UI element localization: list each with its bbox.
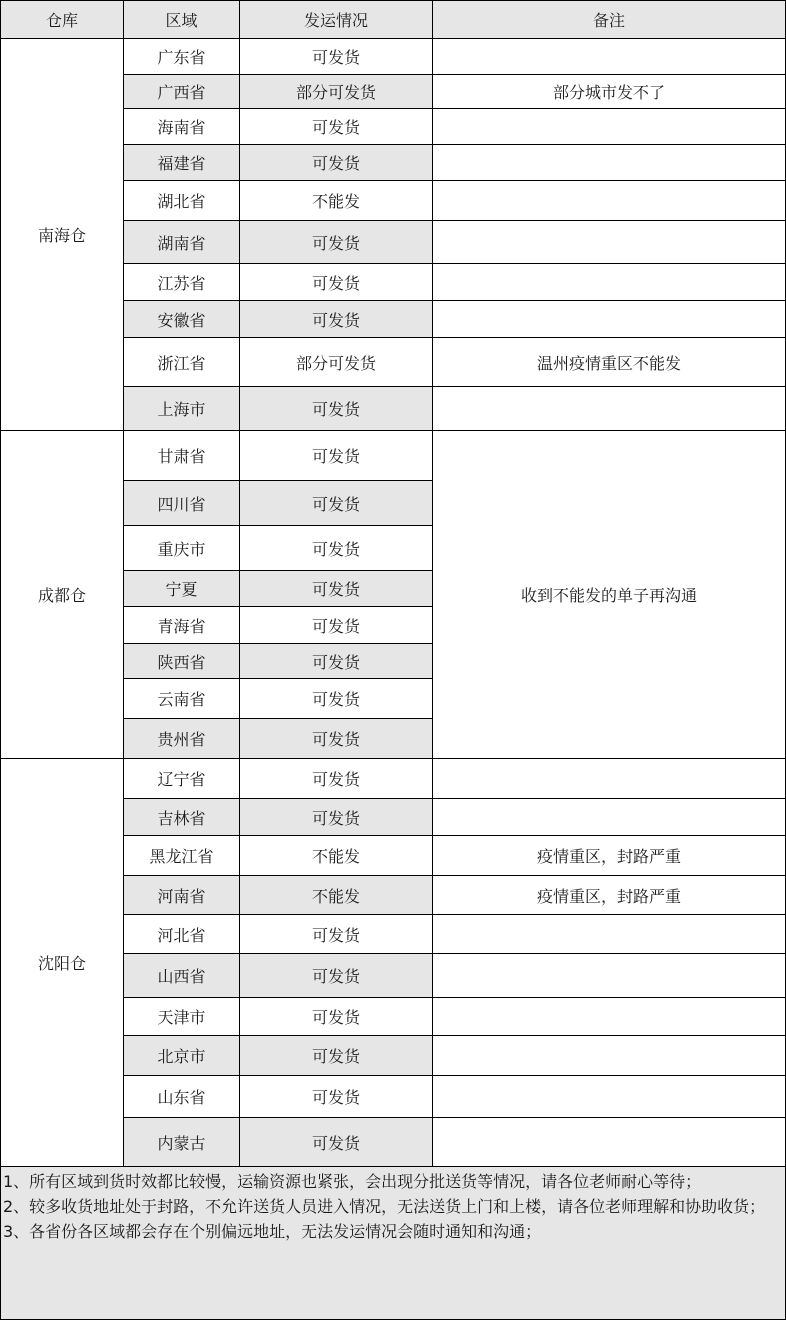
region-cell: 海南省 (124, 109, 240, 145)
remarks-cell: 温州疫情重区不能发 (433, 338, 786, 387)
region-cell: 四川省 (124, 481, 240, 526)
region-cell: 甘肃省 (124, 431, 240, 481)
shipping-status-cell: 可发货 (240, 759, 433, 799)
shipping-status-cell: 可发货 (240, 719, 433, 759)
region-cell: 贵州省 (124, 719, 240, 759)
region-cell: 安徽省 (124, 301, 240, 338)
shipping-status-table: 仓库 区域 发运情况 备注 南海仓广东省可发货广西省部分可发货部分城市发不了海南… (0, 0, 786, 1320)
remarks-cell (433, 998, 786, 1036)
shipping-status-cell: 可发货 (240, 998, 433, 1036)
shipping-status-cell: 可发货 (240, 679, 433, 719)
table-row: 成都仓甘肃省可发货收到不能发的单子再沟通 (1, 431, 786, 481)
remarks-cell (433, 954, 786, 998)
shipping-status-cell: 可发货 (240, 571, 433, 607)
region-cell: 宁夏 (124, 571, 240, 607)
region-cell: 湖南省 (124, 221, 240, 264)
shipping-status-cell: 部分可发货 (240, 338, 433, 387)
region-cell: 广西省 (124, 75, 240, 109)
shipping-status-cell: 可发货 (240, 221, 433, 264)
footer-notes: 1、所有区域到货时效都比较慢，运输资源也紧张，会出现分批送货等情况，请各位老师耐… (1, 1167, 786, 1320)
header-region: 区域 (124, 1, 240, 39)
region-cell: 陕西省 (124, 644, 240, 679)
remarks-cell (433, 301, 786, 338)
region-cell: 上海市 (124, 387, 240, 431)
remarks-cell (433, 181, 786, 221)
remarks-cell (433, 221, 786, 264)
shipping-status-cell: 可发货 (240, 644, 433, 679)
shipping-status-cell: 可发货 (240, 1036, 433, 1076)
region-cell: 江苏省 (124, 264, 240, 301)
region-cell: 湖北省 (124, 181, 240, 221)
remarks-cell (433, 915, 786, 954)
region-cell: 辽宁省 (124, 759, 240, 799)
table-row: 南海仓广东省可发货 (1, 39, 786, 75)
warehouse-cell: 沈阳仓 (1, 759, 124, 1167)
region-cell: 浙江省 (124, 338, 240, 387)
region-cell: 重庆市 (124, 526, 240, 571)
shipping-status-cell: 可发货 (240, 954, 433, 998)
region-cell: 河南省 (124, 876, 240, 915)
shipping-status-cell: 可发货 (240, 264, 433, 301)
remarks-cell: 疫情重区，封路严重 (433, 876, 786, 915)
table-row: 沈阳仓辽宁省可发货 (1, 759, 786, 799)
shipping-status-cell: 可发货 (240, 481, 433, 526)
region-cell: 河北省 (124, 915, 240, 954)
region-cell: 北京市 (124, 1036, 240, 1076)
remarks-cell: 疫情重区，封路严重 (433, 836, 786, 876)
region-cell: 山东省 (124, 1076, 240, 1118)
shipping-status-cell: 不能发 (240, 836, 433, 876)
shipping-status-cell: 可发货 (240, 526, 433, 571)
region-cell: 青海省 (124, 607, 240, 644)
remarks-cell (433, 799, 786, 836)
footer-note-3: 3、各省份各区域都会存在个别偏远地址，无法发运情况会随时通知和沟通； (3, 1219, 783, 1244)
header-row: 仓库 区域 发运情况 备注 (1, 1, 786, 39)
remarks-cell (433, 145, 786, 181)
shipping-status-cell: 可发货 (240, 301, 433, 338)
region-cell: 云南省 (124, 679, 240, 719)
shipping-status-cell: 可发货 (240, 431, 433, 481)
region-cell: 天津市 (124, 998, 240, 1036)
remarks-cell (433, 264, 786, 301)
shipping-status-cell: 不能发 (240, 181, 433, 221)
region-cell: 福建省 (124, 145, 240, 181)
shipping-status-cell: 可发货 (240, 109, 433, 145)
remarks-cell: 收到不能发的单子再沟通 (433, 431, 786, 759)
footer-notes-row: 1、所有区域到货时效都比较慢，运输资源也紧张，会出现分批送货等情况，请各位老师耐… (1, 1167, 786, 1320)
warehouse-cell: 成都仓 (1, 431, 124, 759)
remarks-cell (433, 39, 786, 75)
shipping-status-cell: 可发货 (240, 145, 433, 181)
remarks-cell (433, 1036, 786, 1076)
header-shipping-status: 发运情况 (240, 1, 433, 39)
shipping-status-cell: 不能发 (240, 876, 433, 915)
footer-note-2: 2、较多收货地址处于封路，不允许送货人员进入情况，无法送货上门和上楼，请各位老师… (3, 1194, 783, 1219)
region-cell: 吉林省 (124, 799, 240, 836)
warehouse-cell: 南海仓 (1, 39, 124, 431)
remarks-cell (433, 109, 786, 145)
region-cell: 山西省 (124, 954, 240, 998)
region-cell: 黑龙江省 (124, 836, 240, 876)
shipping-status-cell: 可发货 (240, 915, 433, 954)
remarks-cell (433, 1076, 786, 1118)
remarks-cell (433, 1118, 786, 1167)
shipping-status-cell: 可发货 (240, 1076, 433, 1118)
header-warehouse: 仓库 (1, 1, 124, 39)
region-cell: 广东省 (124, 39, 240, 75)
remarks-cell (433, 759, 786, 799)
region-cell: 内蒙古 (124, 1118, 240, 1167)
shipping-status-cell: 部分可发货 (240, 75, 433, 109)
footer-note-1: 1、所有区域到货时效都比较慢，运输资源也紧张，会出现分批送货等情况，请各位老师耐… (3, 1169, 783, 1194)
shipping-status-cell: 可发货 (240, 607, 433, 644)
shipping-status-cell: 可发货 (240, 387, 433, 431)
shipping-status-cell: 可发货 (240, 39, 433, 75)
shipping-status-cell: 可发货 (240, 1118, 433, 1167)
remarks-cell: 部分城市发不了 (433, 75, 786, 109)
remarks-cell (433, 387, 786, 431)
shipping-status-cell: 可发货 (240, 799, 433, 836)
header-remarks: 备注 (433, 1, 786, 39)
